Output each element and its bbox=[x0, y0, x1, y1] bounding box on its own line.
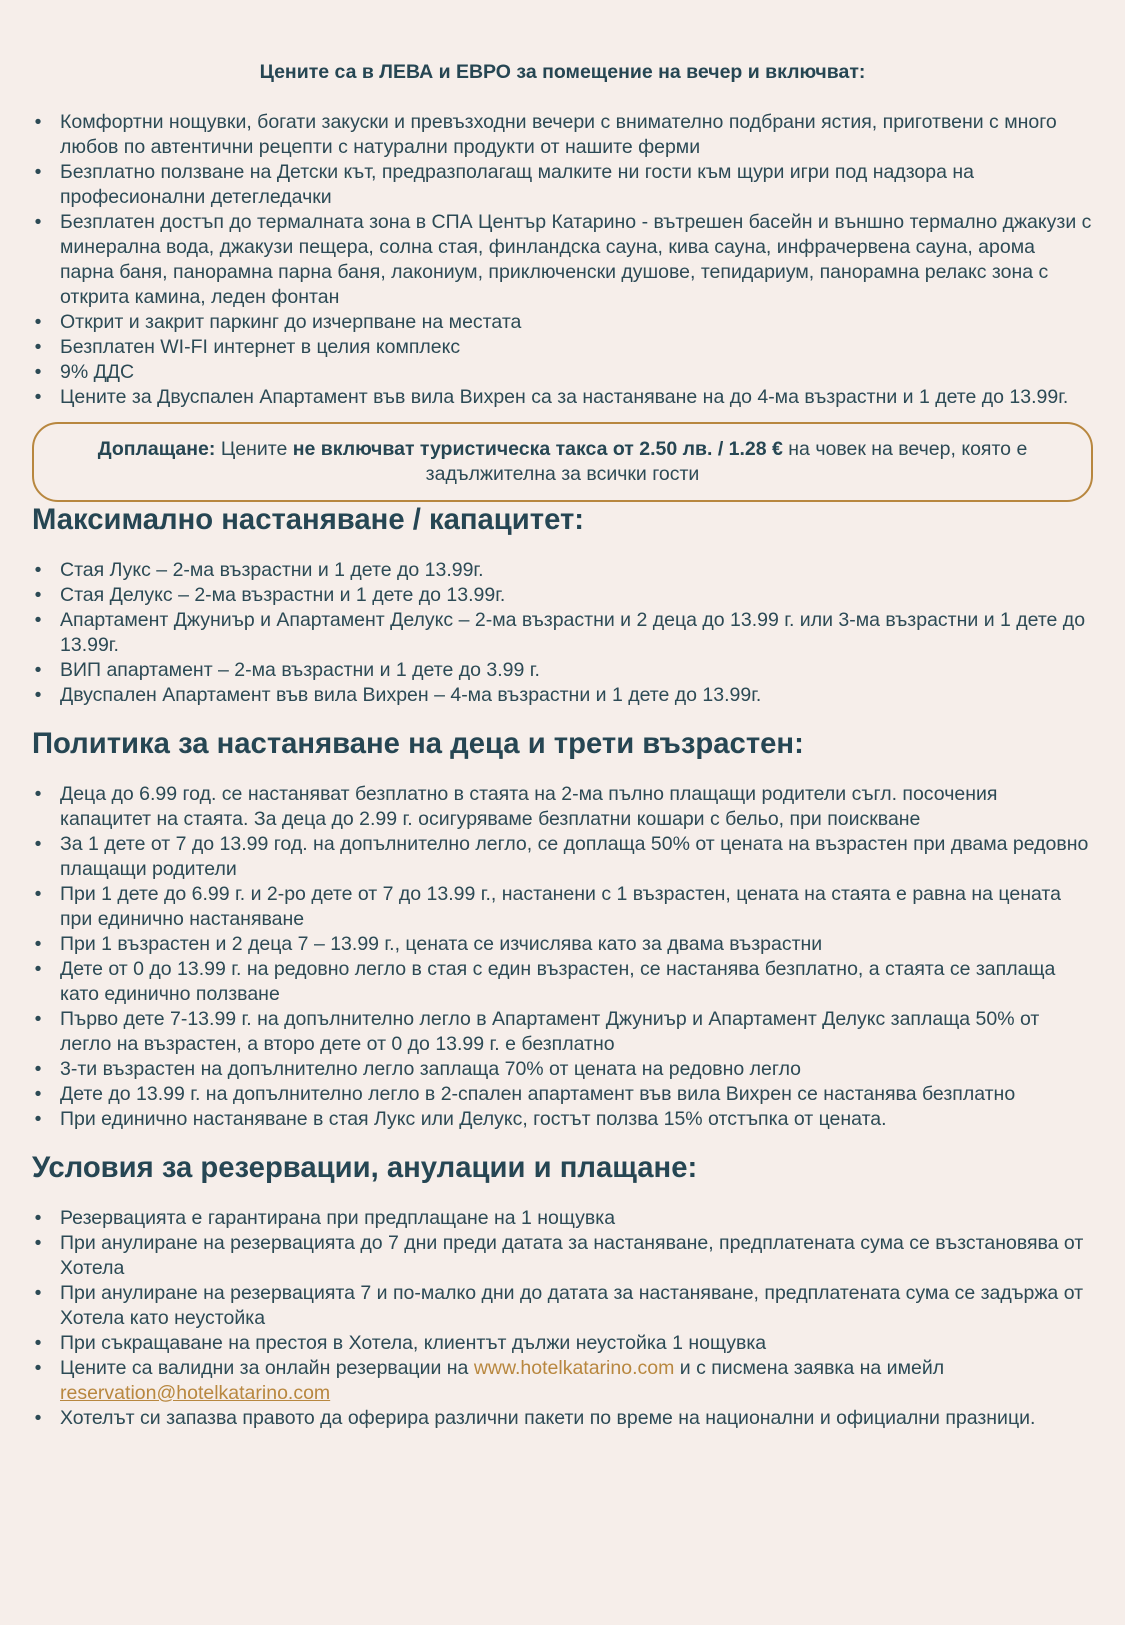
list-item: При 1 дете до 6.99 г. и 2-ро дете от 7 д… bbox=[32, 882, 1093, 932]
list-item: 3-ти възрастен на допълнително легло зап… bbox=[32, 1057, 1093, 1082]
list-item: ВИП апартамент – 2-ма възрастни и 1 дете… bbox=[32, 658, 1093, 683]
tourist-tax-notice: Доплащане: Цените не включват туристичес… bbox=[32, 422, 1093, 502]
list-item: За 1 дете от 7 до 13.99 год. на допълнит… bbox=[32, 832, 1093, 882]
list-item: Резервацията е гарантирана при предплаща… bbox=[32, 1206, 1093, 1231]
list-item: Комфортни нощувки, богати закуски и прев… bbox=[32, 110, 1093, 160]
online-text-2: и с писмена заявка на имейл bbox=[674, 1357, 944, 1379]
list-item: Дете от 0 до 13.99 г. на редовно легло в… bbox=[32, 957, 1093, 1007]
list-item: 9% ДДС bbox=[32, 360, 1093, 385]
capacity-heading: Максимално настаняване / капацитет: bbox=[32, 508, 1093, 533]
notice-label: Доплащане: bbox=[98, 438, 216, 460]
list-item: Безплатно ползване на Детски кът, предра… bbox=[32, 160, 1093, 210]
page-title: Цените са в ЛЕВА и ЕВРО за помещение на … bbox=[32, 0, 1093, 85]
list-item: Безплатен достъп до термалната зона в СП… bbox=[32, 210, 1093, 310]
list-item: Открит и закрит паркинг до изчерпване на… bbox=[32, 310, 1093, 335]
list-item: При 1 възрастен и 2 деца 7 – 13.99 г., ц… bbox=[32, 932, 1093, 957]
notice-text: Цените bbox=[215, 438, 292, 460]
website-link[interactable]: www.hotelkatarino.com bbox=[474, 1357, 675, 1379]
list-item: При анулиране на резервацията до 7 дни п… bbox=[32, 1231, 1093, 1281]
list-item: Дете до 13.99 г. на допълнително легло в… bbox=[32, 1082, 1093, 1107]
list-item: Първо дете 7-13.99 г. на допълнително ле… bbox=[32, 1007, 1093, 1057]
booking-list: Резервацията е гарантирана при предплаща… bbox=[32, 1206, 1093, 1431]
children-policy-list: Деца до 6.99 год. се настаняват безплатн… bbox=[32, 782, 1093, 1132]
list-item: При единично настаняване в стая Лукс или… bbox=[32, 1107, 1093, 1132]
list-item: При съкращаване на престоя в Хотела, кли… bbox=[32, 1331, 1093, 1356]
list-item: Стая Лукс – 2-ма възрастни и 1 дете до 1… bbox=[32, 558, 1093, 583]
list-item: При анулиране на резервацията 7 и по-мал… bbox=[32, 1281, 1093, 1331]
online-text: Цените са валидни за онлайн резервации н… bbox=[60, 1357, 474, 1379]
list-item: Двуспален Апартамент във вила Вихрен – 4… bbox=[32, 683, 1093, 708]
list-item: Апартамент Джуниър и Апартамент Делукс –… bbox=[32, 608, 1093, 658]
booking-heading: Условия за резервации, анулации и плащан… bbox=[32, 1156, 1093, 1181]
children-policy-heading: Политика за настаняване на деца и трети … bbox=[32, 732, 1093, 757]
notice-emphasis: не включват туристическа такса от 2.50 л… bbox=[293, 438, 783, 460]
list-item: Деца до 6.99 год. се настаняват безплатн… bbox=[32, 782, 1093, 832]
email-link[interactable]: reservation@hotelkatarino.com bbox=[60, 1382, 330, 1404]
capacity-list: Стая Лукс – 2-ма възрастни и 1 дете до 1… bbox=[32, 558, 1093, 708]
includes-list: Комфортни нощувки, богати закуски и прев… bbox=[32, 110, 1093, 410]
list-item: Цените за Двуспален Апартамент във вила … bbox=[32, 385, 1093, 410]
price-conditions-page: Цените са в ЛЕВА и ЕВРО за помещение на … bbox=[0, 0, 1125, 1431]
list-item: Хотелът си запазва правото да оферира ра… bbox=[32, 1406, 1093, 1431]
list-item: Цените са валидни за онлайн резервации н… bbox=[32, 1356, 1093, 1406]
list-item: Стая Делукс – 2-ма възрастни и 1 дете до… bbox=[32, 583, 1093, 608]
list-item: Безплатен WI-FI интернет в целия комплек… bbox=[32, 335, 1093, 360]
